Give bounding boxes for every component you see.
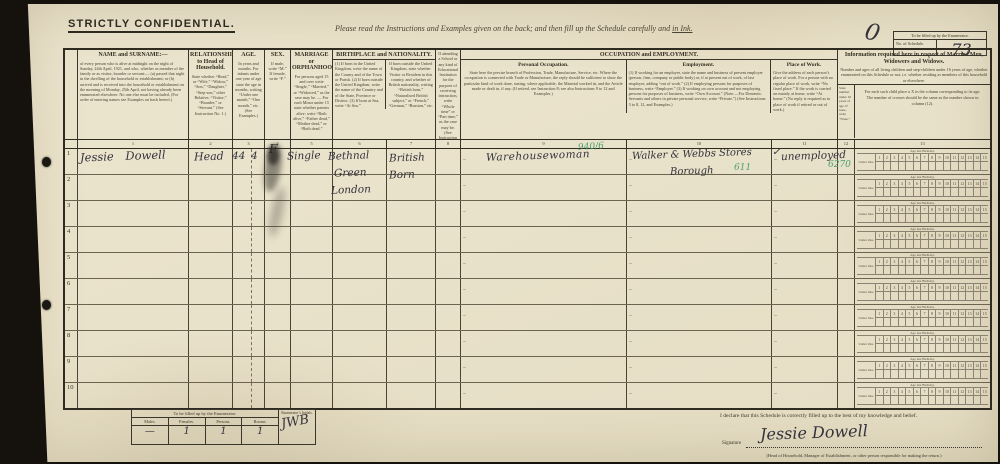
age-grid-cell: 4 <box>899 336 907 352</box>
age-grid-under-one-label: Under One <box>857 388 876 404</box>
age-grid-number: 10 <box>944 180 951 188</box>
age-grid-cell: 14 <box>974 310 982 326</box>
enumerator-totals-box: To be filled up by the Enumerator. Males… <box>131 409 316 445</box>
header-personal-occupation-note: State here the precise branch of Profess… <box>461 69 626 97</box>
age-grid-number: 14 <box>974 232 981 240</box>
signature-line <box>746 447 982 448</box>
age-grid-cell: 9 <box>936 310 944 326</box>
table-cell <box>838 253 855 278</box>
table-cell <box>233 253 265 278</box>
age-grid-cell: 3 <box>891 284 899 300</box>
row-number-cell: 2 <box>65 175 78 200</box>
table-cell <box>265 357 291 382</box>
table-cell: – <box>461 279 627 304</box>
header-birthplace-note: (1) If born in the United Kingdom, write… <box>333 60 385 109</box>
age-grid-cell: 10 <box>944 180 952 196</box>
header-occupation-group-title: OCCUPATION and EMPLOYMENT. <box>461 50 837 60</box>
table-cell <box>333 357 387 382</box>
age-grid-cell: 1 <box>876 232 884 248</box>
age-grid-number: 2 <box>884 258 891 266</box>
printed-dash: – <box>774 287 777 293</box>
age-grid-number: 9 <box>936 154 943 162</box>
age-grid-cell: 14 <box>974 154 982 170</box>
table-cell <box>333 227 387 252</box>
table-cell <box>387 357 436 382</box>
header-sex-title: SEX. <box>265 50 290 60</box>
age-grid-cell: 3 <box>891 362 899 378</box>
age-grid-cell: 15 <box>981 258 988 274</box>
age-grid-cell: 13 <box>966 154 974 170</box>
age-grid-number: 1 <box>876 180 883 188</box>
table-cell: – <box>627 305 772 330</box>
age-grid-number: 10 <box>944 362 951 370</box>
age-grid-number: 5 <box>906 180 913 188</box>
header-marriage-title: MARRIAGE or ORPHANHOOD. <box>291 50 332 73</box>
printed-dash: – <box>774 391 777 397</box>
age-grid-number: 9 <box>936 180 943 188</box>
table-cell: Age last Birthday.Under One1234567891011… <box>855 201 990 226</box>
age-grid-cell: 11 <box>951 284 959 300</box>
age-grid-cell: 1 <box>876 362 884 378</box>
header-employment: Employment. (1) If working for an employ… <box>627 60 772 113</box>
age-grid-cell: 13 <box>966 284 974 300</box>
header-nationality: If born outside the United Kingdom, stat… <box>386 60 435 109</box>
instruction-in-ink: in Ink. <box>672 24 692 33</box>
age-grid-number: 12 <box>959 258 966 266</box>
age-grid-cell: 12 <box>959 154 967 170</box>
age-grid-number: 12 <box>959 180 966 188</box>
age-grid-cell: 14 <box>974 206 982 222</box>
age-grid-cell: 1 <box>876 206 884 222</box>
table-cell <box>265 253 291 278</box>
totals-values: —111 <box>132 426 278 444</box>
table-cell <box>233 383 265 408</box>
age-years-months-divider <box>251 357 252 382</box>
table-cell <box>838 201 855 226</box>
header-relationship: RELATIONSHIP to Head of Household. State… <box>189 50 233 139</box>
age-grid-cell: 11 <box>951 388 959 404</box>
age-grid-number: 1 <box>876 310 883 318</box>
header-birthplace-group: BIRTHPLACE and NATIONALITY. (1) If born … <box>333 50 436 139</box>
table-row-8: 8–––Age last Birthday.Under One123456789… <box>65 331 990 357</box>
age-grid-number: 6 <box>914 232 921 240</box>
age-grid-cell: 12 <box>959 180 967 196</box>
age-grid-number: 2 <box>884 232 891 240</box>
age-grid-number: 7 <box>921 362 928 370</box>
table-cell <box>189 201 233 226</box>
printed-dash: – <box>629 235 632 241</box>
age-grid-cell: 4 <box>899 388 907 404</box>
table-cell <box>838 357 855 382</box>
age-grid-number: 11 <box>951 180 958 188</box>
header-children-group-note: Number and ages of all living children a… <box>838 66 990 84</box>
table-cell <box>78 279 189 304</box>
printed-dash: – <box>774 235 777 241</box>
age-grid-cell: 3 <box>891 336 899 352</box>
row-number-cell: 1 <box>65 149 78 174</box>
age-grid-cell: 3 <box>891 180 899 196</box>
header-employment-title: Employment. <box>627 60 771 69</box>
age-grid-number: 2 <box>884 284 891 292</box>
table-cell <box>189 383 233 408</box>
age-grid-number: 14 <box>974 284 981 292</box>
table-cell: – <box>627 227 772 252</box>
header-children-subleft-note: State number under 16 years of age. If n… <box>838 85 855 138</box>
age-grid-cell: 10 <box>944 232 952 248</box>
age-grid-cell: 10 <box>944 310 952 326</box>
header-education-note: If attending a School or any kind of Edu… <box>436 50 460 139</box>
age-grid-number: 13 <box>966 362 973 370</box>
age-grid-number: 9 <box>936 232 943 240</box>
age-grid-number: 15 <box>981 284 988 292</box>
age-grid-cell: 3 <box>891 154 899 170</box>
table-row-2: 2–––Age last Birthday.Under One123456789… <box>65 175 990 201</box>
age-grid-number: 15 <box>981 180 988 188</box>
age-grid-under-one-label: Under One <box>857 232 876 248</box>
census-table: NAME and SURNAME:— of every person who i… <box>63 48 992 410</box>
age-grid-number: 7 <box>921 336 928 344</box>
age-grid-cell: 2 <box>884 310 892 326</box>
age-grid-number: 2 <box>884 388 891 396</box>
age-grid-cell: 8 <box>929 232 937 248</box>
age-grid-under-one-label: Under One <box>857 362 876 378</box>
table-cell <box>333 331 387 356</box>
table-cell <box>838 279 855 304</box>
age-grid-cell: 8 <box>929 310 937 326</box>
census-scan: { "page": { "confidential": "STRICTLY CO… <box>0 0 1000 464</box>
header-relationship-title: RELATIONSHIP to Head of Household. <box>189 50 232 73</box>
age-grid-number: 10 <box>944 258 951 266</box>
age-grid-cell: 8 <box>929 206 937 222</box>
printed-dash: – <box>774 365 777 371</box>
age-grid-under-one-label: Under One <box>857 310 876 326</box>
age-years-months-divider <box>251 227 252 252</box>
age-grid-number: 15 <box>981 206 988 214</box>
age-grid-cell: 4 <box>899 232 907 248</box>
table-cell: – <box>627 201 772 226</box>
age-grid-number: 3 <box>891 388 898 396</box>
column-number: 3 <box>233 140 265 148</box>
age-grid-under-one-label: Under One <box>857 154 876 170</box>
age-grid-cell: 13 <box>966 310 974 326</box>
age-grid-cell: 9 <box>936 154 944 170</box>
age-grid-cell: 13 <box>966 336 974 352</box>
age-grid-number: 13 <box>966 180 973 188</box>
age-grid-cell: 9 <box>936 258 944 274</box>
table-cell <box>436 175 461 200</box>
age-grid-cell: 4 <box>899 258 907 274</box>
age-grid-cell: 9 <box>936 232 944 248</box>
age-grid-cell: 14 <box>974 388 982 404</box>
age-grid-number: 15 <box>981 336 988 344</box>
age-grid-number: 9 <box>936 310 943 318</box>
age-grid-number: 5 <box>906 154 913 162</box>
header-place-of-work-note: Give the address of each person’s place … <box>771 69 837 113</box>
age-grid-number: 4 <box>899 258 906 266</box>
entry-birthplace-line3: London <box>331 183 371 196</box>
age-grid-cell: 7 <box>921 362 929 378</box>
table-row-3: 3–––Age last Birthday.Under One123456789… <box>65 201 990 227</box>
age-grid-number: 2 <box>884 154 891 162</box>
table-cell <box>233 331 265 356</box>
table-cell <box>436 357 461 382</box>
table-cell <box>189 227 233 252</box>
table-cell <box>436 383 461 408</box>
age-grid-number: 13 <box>966 154 973 162</box>
age-grid-cell: 3 <box>891 310 899 326</box>
age-grid-cell: 8 <box>929 180 937 196</box>
table-cell <box>78 383 189 408</box>
age-grid-cell: 12 <box>959 206 967 222</box>
header-name-note: of every person who is alive at midnight… <box>78 60 188 104</box>
table-cell <box>333 383 387 408</box>
age-grid-number: 3 <box>891 310 898 318</box>
age-grid-cell: 15 <box>981 206 988 222</box>
age-grid-number: 1 <box>876 258 883 266</box>
header-sex-note: If male, write “M.” If female, write “F.… <box>265 60 290 83</box>
table-cell: Age last Birthday.Under One1234567891011… <box>855 357 990 382</box>
age-grid-cell: 1 <box>876 180 884 196</box>
totals-column-label: Females. <box>169 418 206 425</box>
header-personal-occupation-title: Personal Occupation. <box>461 60 626 69</box>
printed-dash: – <box>774 183 777 189</box>
table-cell <box>436 305 461 330</box>
age-grid-cell: 3 <box>891 206 899 222</box>
table-cell <box>333 305 387 330</box>
printed-dash: – <box>774 209 777 215</box>
age-grid-cell: 6 <box>914 232 922 248</box>
age-grid-cell: 4 <box>899 310 907 326</box>
age-grid-number: 1 <box>876 362 883 370</box>
age-grid-number: 14 <box>974 258 981 266</box>
age-grid-number: 7 <box>921 258 928 266</box>
age-grid-cell: 14 <box>974 362 982 378</box>
age-grid-number: 2 <box>884 362 891 370</box>
age-years-months-divider <box>251 175 252 200</box>
table-cell <box>436 201 461 226</box>
age-grid-number: 5 <box>906 362 913 370</box>
table-cell <box>78 357 189 382</box>
row-number-cell: 3 <box>65 201 78 226</box>
children-age-grid: Age last Birthday.Under One1234567891011… <box>857 384 988 405</box>
table-cell: – <box>461 175 627 200</box>
age-grid-cell: 12 <box>959 388 967 404</box>
table-cell: – <box>772 357 838 382</box>
age-grid-cell: 12 <box>959 310 967 326</box>
age-years-months-divider <box>251 201 252 226</box>
table-cell <box>387 383 436 408</box>
table-cell <box>78 201 189 226</box>
entry-relationship: Head <box>194 149 224 163</box>
age-grid-number: 12 <box>959 232 966 240</box>
entry-age-years: 44 <box>232 150 245 162</box>
table-cell <box>436 331 461 356</box>
age-grid-cell: 11 <box>951 258 959 274</box>
totals-value: 1 <box>242 426 278 444</box>
age-grid-number: 9 <box>936 206 943 214</box>
age-grid-number: 6 <box>914 154 921 162</box>
printed-dash: – <box>774 313 777 319</box>
table-cell: Age last Birthday.Under One1234567891011… <box>855 175 990 200</box>
entry-nationality-line2: Born <box>389 169 415 182</box>
age-grid-number: 13 <box>966 232 973 240</box>
age-grid-number: 3 <box>891 362 898 370</box>
children-age-grid: Age last Birthday.Under One1234567891011… <box>857 358 988 379</box>
age-grid-number: 5 <box>906 388 913 396</box>
totals-box-title: To be filled up by the Enumerator. <box>132 410 278 418</box>
age-grid-number: 6 <box>914 284 921 292</box>
age-grid-cell: 3 <box>891 232 899 248</box>
age-grid-number: 8 <box>929 310 936 318</box>
age-grid-number: 7 <box>921 388 928 396</box>
age-grid-cell: 7 <box>921 336 929 352</box>
table-cell <box>233 227 265 252</box>
printed-dash: – <box>629 365 632 371</box>
age-grid-number: 6 <box>914 180 921 188</box>
entry-nationality-line1: British <box>389 151 425 164</box>
printed-dash: – <box>629 313 632 319</box>
age-grid-cell: 5 <box>906 336 914 352</box>
printed-dash: – <box>463 391 466 397</box>
age-grid-under-one-label: Under One <box>857 206 876 222</box>
declaration-block: I declare that this Schedule is correctl… <box>720 413 988 458</box>
age-grid-cell: 8 <box>929 154 937 170</box>
age-grid-cell: 12 <box>959 284 967 300</box>
age-grid-cell: 5 <box>906 284 914 300</box>
age-grid-number: 7 <box>921 232 928 240</box>
age-grid-cell: 11 <box>951 232 959 248</box>
age-grid-cell: 6 <box>914 388 922 404</box>
age-grid-number: 11 <box>951 310 958 318</box>
age-grid-cell: 13 <box>966 232 974 248</box>
age-grid-cell: 12 <box>959 362 967 378</box>
header-education: If attending a School or any kind of Edu… <box>436 50 461 139</box>
age-grid-under-one-label: Under One <box>857 336 876 352</box>
age-grid-number: 5 <box>906 336 913 344</box>
age-grid-cell: 6 <box>914 154 922 170</box>
age-grid-number: 12 <box>959 310 966 318</box>
age-grid-number: 6 <box>914 336 921 344</box>
age-grid-cell: 14 <box>974 180 982 196</box>
age-grid-number: 9 <box>936 284 943 292</box>
age-grid-number: 9 <box>936 388 943 396</box>
instruction-text: Please read the Instructions and Example… <box>335 24 672 33</box>
age-grid-number: 8 <box>929 154 936 162</box>
age-grid-number: 10 <box>944 206 951 214</box>
age-grid-number: 14 <box>974 362 981 370</box>
table-cell <box>838 331 855 356</box>
age-grid-cell: 4 <box>899 154 907 170</box>
age-grid-number: 14 <box>974 310 981 318</box>
age-grid-cell: 5 <box>906 362 914 378</box>
table-cell <box>291 201 333 226</box>
table-cell <box>189 175 233 200</box>
age-grid-number: 8 <box>929 336 936 344</box>
children-age-grid: Age last Birthday.Under One1234567891011… <box>857 176 988 197</box>
signature-label: Signature <box>722 441 741 446</box>
table-cell <box>265 331 291 356</box>
age-grid-number: 1 <box>876 284 883 292</box>
children-age-grid: Age last Birthday.Under One1234567891011… <box>857 228 988 249</box>
printed-dash: – <box>629 183 632 189</box>
age-grid-number: 2 <box>884 336 891 344</box>
age-grid-cell: 15 <box>981 232 988 248</box>
age-grid-under-one-label: Under One <box>857 284 876 300</box>
table-cell: Age last Birthday.Under One1234567891011… <box>855 253 990 278</box>
age-years-months-divider <box>251 279 252 304</box>
age-grid-number: 8 <box>929 232 936 240</box>
table-cell <box>265 201 291 226</box>
age-grid-number: 12 <box>959 206 966 214</box>
header-name: NAME and SURNAME:— of every person who i… <box>78 50 189 139</box>
table-cell <box>233 279 265 304</box>
age-grid-cell: 15 <box>981 180 988 196</box>
age-grid-cell: 12 <box>959 258 967 274</box>
table-cell: – <box>772 331 838 356</box>
printed-dash: – <box>463 313 466 319</box>
age-grid-number: 12 <box>959 388 966 396</box>
totals-value: — <box>132 426 169 444</box>
table-row-4: 4–––Age last Birthday.Under One123456789… <box>65 227 990 253</box>
header-marriage-note: For persons aged 15 and over write “Sing… <box>291 73 332 133</box>
age-grid-number: 14 <box>974 180 981 188</box>
age-grid-cell: 1 <box>876 336 884 352</box>
header-age: AGE. In years and months. For infants un… <box>233 50 265 139</box>
header-name-title: NAME and SURNAME:— <box>78 50 188 60</box>
age-grid-number: 11 <box>951 232 958 240</box>
column-number-strip: 12345678910111213 <box>65 140 990 149</box>
age-grid-number: 1 <box>876 232 883 240</box>
age-grid-cell: 15 <box>981 388 988 404</box>
table-cell <box>265 227 291 252</box>
age-grid-number: 9 <box>936 258 943 266</box>
table-cell <box>387 331 436 356</box>
age-grid-number: 15 <box>981 258 988 266</box>
column-number: 7 <box>387 140 436 148</box>
table-row-6: 6–––Age last Birthday.Under One123456789… <box>65 279 990 305</box>
age-grid-cell: 2 <box>884 258 892 274</box>
age-grid-number: 10 <box>944 336 951 344</box>
age-grid-cell: 9 <box>936 362 944 378</box>
age-grid-cell: 3 <box>891 388 899 404</box>
table-cell: – <box>772 279 838 304</box>
table-cell: – <box>772 201 838 226</box>
table-cell <box>838 175 855 200</box>
printed-dash: – <box>463 261 466 267</box>
age-grid-cell: 9 <box>936 336 944 352</box>
age-grid-number: 8 <box>929 362 936 370</box>
age-grid-number: 12 <box>959 336 966 344</box>
age-grid-cell: 14 <box>974 258 982 274</box>
schedule-box-title: To be filled up by the Enumerator. <box>894 32 986 40</box>
table-cell <box>291 357 333 382</box>
age-years-months-divider <box>251 331 252 356</box>
age-grid-number: 6 <box>914 388 921 396</box>
age-grid-cell: 4 <box>899 206 907 222</box>
age-grid-number: 9 <box>936 362 943 370</box>
table-cell <box>233 201 265 226</box>
fill-in-ink-instruction: Please read the Instructions and Example… <box>335 24 715 33</box>
totals-column-label: Rooms. <box>242 418 278 425</box>
table-cell: – <box>461 331 627 356</box>
age-grid-number: 10 <box>944 388 951 396</box>
age-grid-number: 7 <box>921 180 928 188</box>
age-grid-number: 3 <box>891 258 898 266</box>
age-grid-number: 7 <box>921 154 928 162</box>
age-grid-cell: 7 <box>921 232 929 248</box>
age-grid-cell: 15 <box>981 154 988 170</box>
age-grid-number: 2 <box>884 206 891 214</box>
